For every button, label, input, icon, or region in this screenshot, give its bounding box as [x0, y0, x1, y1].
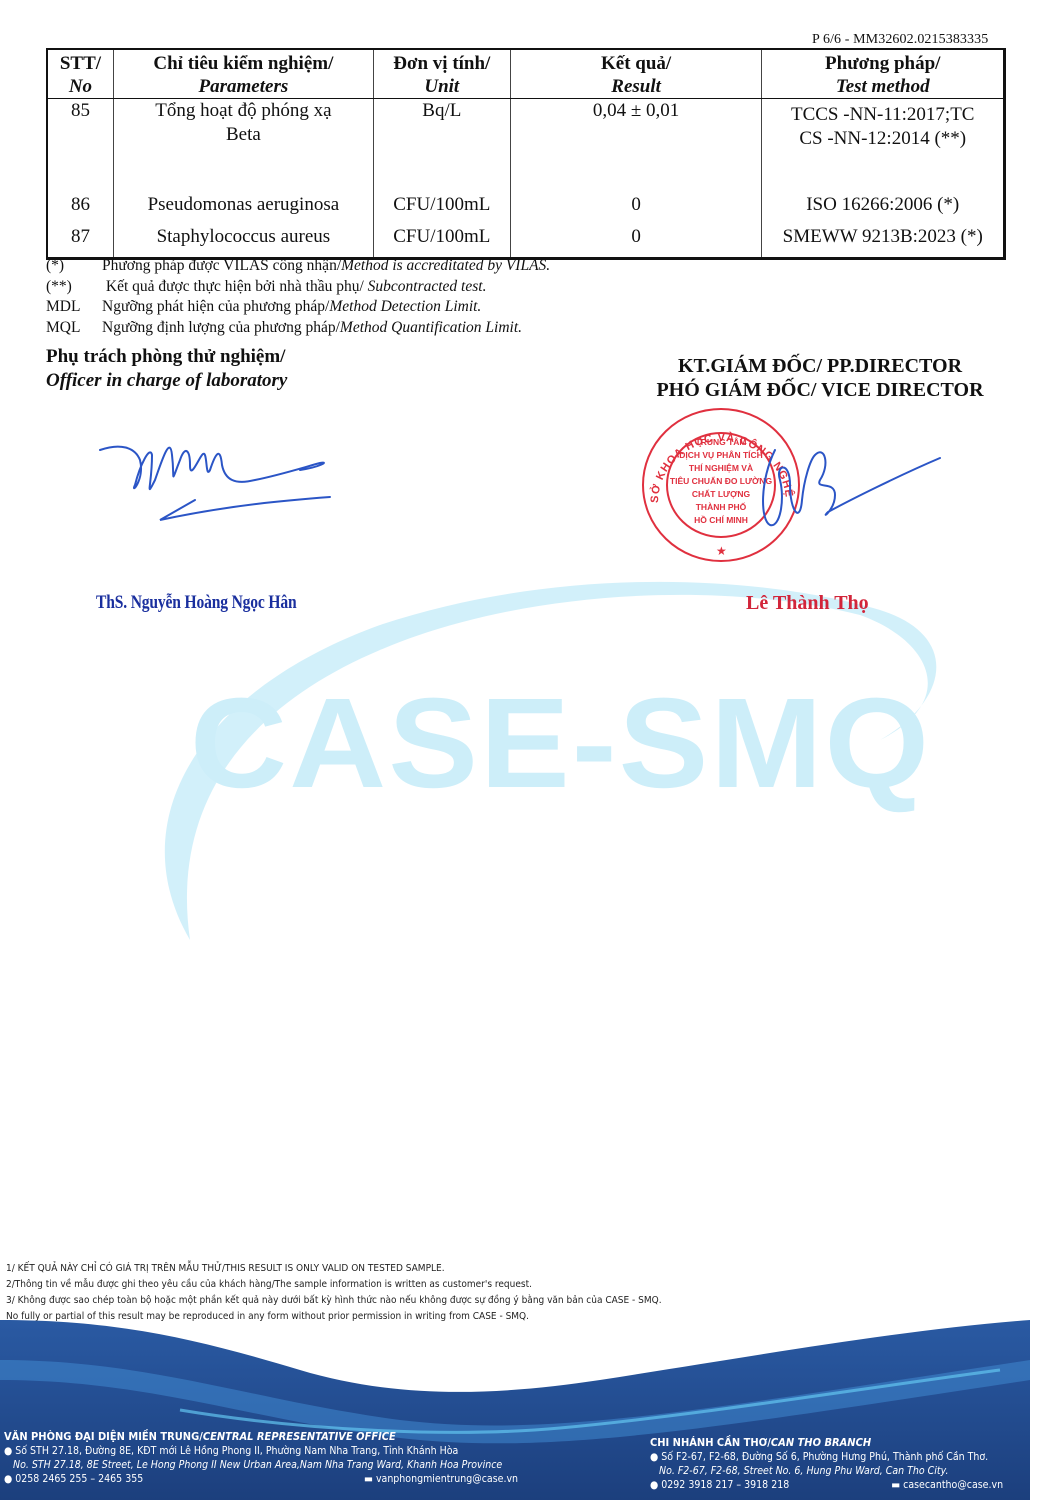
director-name: Lê Thành Thọ [746, 592, 869, 615]
signature-right [740, 440, 960, 540]
director-title: KT.GIÁM ĐỐC/ PP.DIRECTOR PHÓ GIÁM ĐỐC/ V… [640, 354, 1000, 402]
stamp-star-icon: ★ [716, 544, 727, 558]
can-tho-branch-info: CHI NHÁNH CẦN THƠ/CAN THO BRANCH ● Số F2… [650, 1436, 1037, 1492]
lab-officer-title: Phụ trách phòng thử nghiệm/ Officer in c… [46, 345, 287, 393]
central-office-email[interactable]: vanphongmientrung@case.vn [376, 1473, 518, 1485]
signature-left [90, 425, 340, 545]
location-pin-icon: ● [650, 1451, 658, 1463]
svg-text:TRUNG TÂM: TRUNG TÂM [696, 436, 747, 447]
can-tho-email[interactable]: casecantho@case.vn [903, 1479, 1003, 1491]
phone-icon: ● [4, 1473, 12, 1485]
email-icon: ▬ [891, 1479, 900, 1491]
lab-officer-name: ThS. Nguyễn Hoàng Ngọc Hân [96, 592, 296, 614]
central-office-info: VĂN PHÒNG ĐẠI DIỆN MIỀN TRUNG/CENTRAL RE… [4, 1430, 508, 1486]
disclaimer: 1/ KẾT QUẢ NÀY CHỈ CÓ GIÁ TRỊ TRÊN MẪU T… [6, 1261, 662, 1325]
email-icon: ▬ [364, 1473, 373, 1485]
watermark-text: CASE-SMQ [190, 680, 931, 808]
location-pin-icon: ● [4, 1445, 12, 1457]
phone-icon: ● [650, 1479, 658, 1491]
svg-text:THÀNH PHỐ: THÀNH PHỐ [696, 501, 747, 512]
